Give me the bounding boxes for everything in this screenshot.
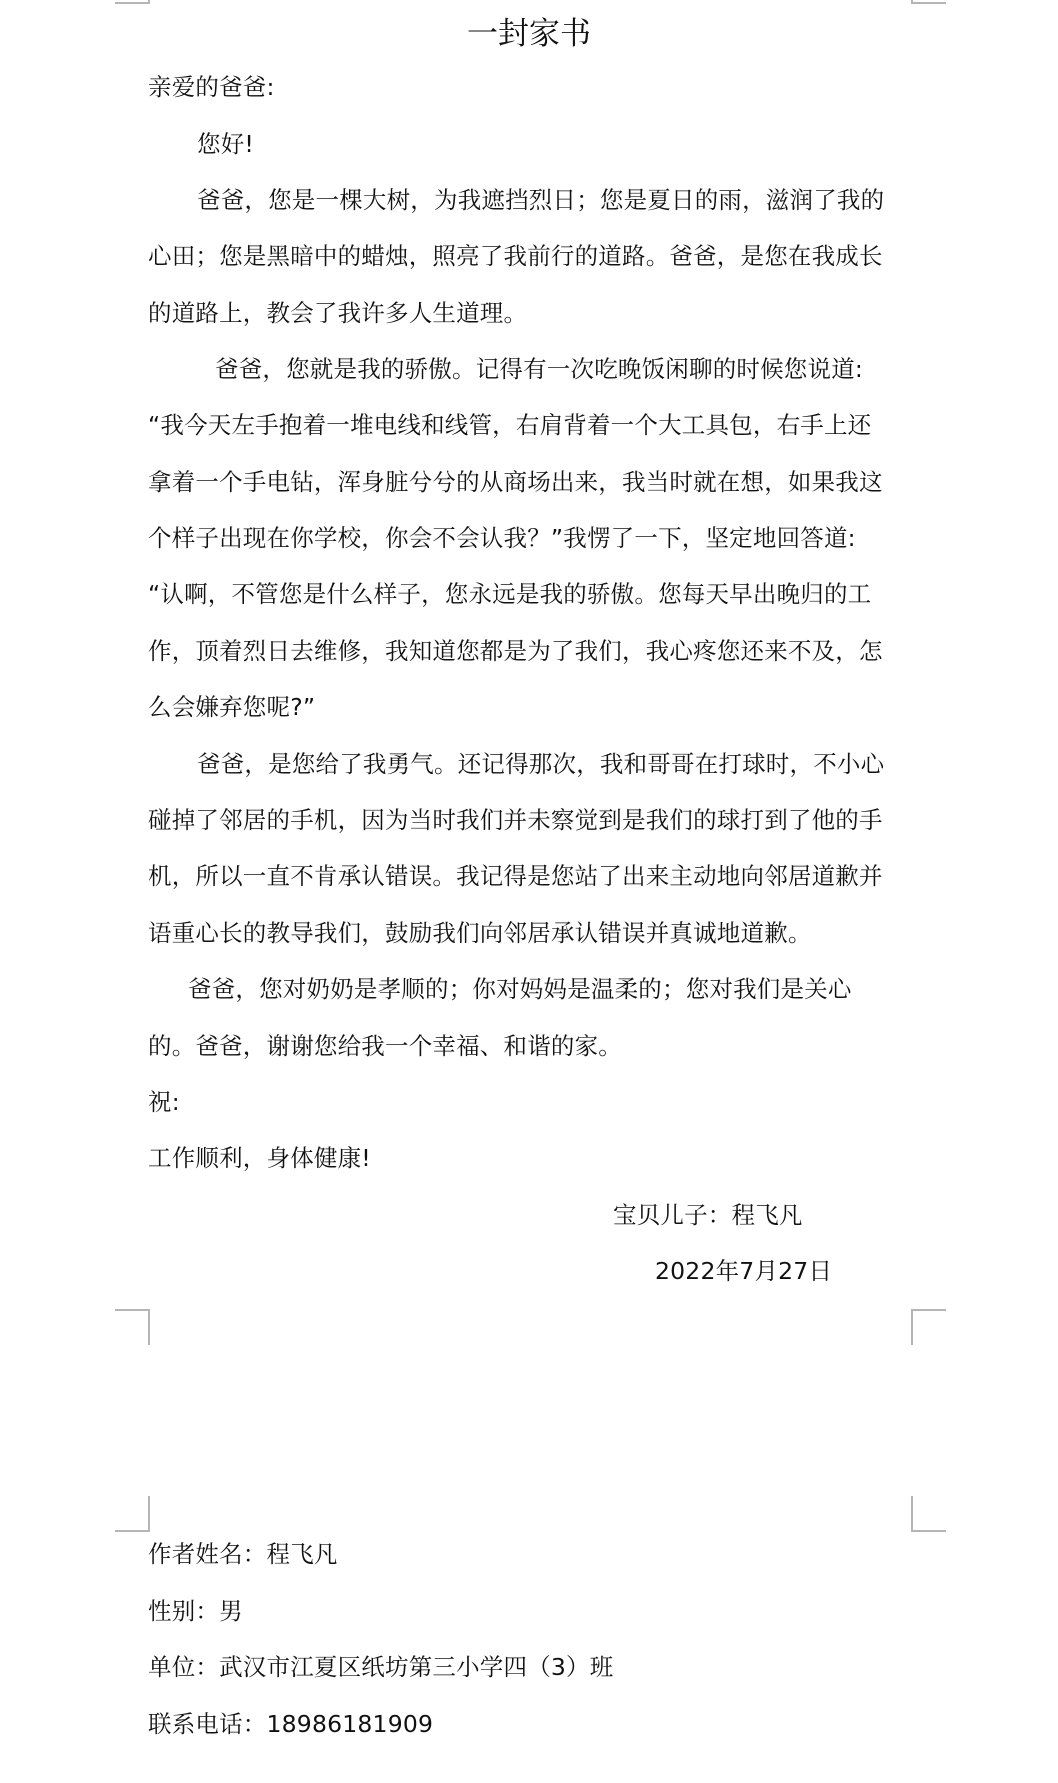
body-line: 的道路上，教会了我许多人生道理。 <box>148 298 918 328</box>
body-line: 爸爸，您对奶奶是孝顺的；你对妈妈是温柔的；您对我们是关心 <box>188 974 958 1004</box>
letter-date: 2022年7月27日 <box>655 1256 832 1286</box>
page-corner-mark-bottom-left <box>115 1309 150 1345</box>
page-corner-mark-top-left <box>115 0 150 4</box>
author-unit: 单位：武汉市江夏区纸坊第三小学四（3）班 <box>148 1652 918 1682</box>
greeting: 您好! <box>197 129 967 159</box>
signature: 宝贝儿子：程飞凡 <box>613 1200 803 1230</box>
body-line: 机，所以一直不肯承认错误。我记得是您站了出来主动地向邻居道歉并 <box>148 861 918 891</box>
page-corner-mark-bottom-right <box>911 1309 946 1345</box>
body-line: “我今天左手抱着一堆电线和线管，右肩背着一个大工具包，右手上还 <box>148 410 918 440</box>
closing: 祝: <box>148 1087 918 1117</box>
page2-corner-mark-top-left <box>115 1496 150 1532</box>
author-phone: 联系电话：18986181909 <box>148 1709 918 1739</box>
body-line: 爸爸，您就是我的骄傲。记得有一次吃晚饭闲聊的时候您说道: <box>215 354 985 384</box>
body-line: 爸爸，是您给了我勇气。还记得那次，我和哥哥在打球时，不小心 <box>197 749 967 779</box>
closing-wish: 工作顺利，身体健康! <box>148 1143 918 1173</box>
body-line: 么会嫌弃您呢?” <box>148 692 918 722</box>
letter-title: 一封家书 <box>0 14 1058 54</box>
body-line: 个样子出现在你学校，你会不会认我？”我愣了一下，坚定地回答道: <box>148 523 918 553</box>
body-line: 爸爸，您是一棵大树，为我遮挡烈日；您是夏日的雨，滋润了我的 <box>197 185 967 215</box>
body-line: 碰掉了邻居的手机，因为当时我们并未察觉到是我们的球打到了他的手 <box>148 805 918 835</box>
author-name: 作者姓名：程飞凡 <box>148 1539 918 1569</box>
author-gender: 性别：男 <box>148 1596 918 1626</box>
body-line: 语重心长的教导我们，鼓励我们向邻居承认错误并真诚地道歉。 <box>148 918 918 948</box>
body-line: 拿着一个手电钻，浑身脏兮兮的从商场出来，我当时就在想，如果我这 <box>148 467 918 497</box>
body-line: 心田；您是黑暗中的蜡烛，照亮了我前行的道路。爸爸，是您在我成长 <box>148 241 918 271</box>
salutation: 亲爱的爸爸: <box>148 72 918 102</box>
body-line: 作，顶着烈日去维修，我知道您都是为了我们，我心疼您还来不及，怎 <box>148 636 918 666</box>
body-line: “认啊，不管您是什么样子，您永远是我的骄傲。您每天早出晚归的工 <box>148 579 918 609</box>
page2-corner-mark-top-right <box>911 1496 946 1532</box>
body-line: 的。爸爸，谢谢您给我一个幸福、和谐的家。 <box>148 1031 918 1061</box>
page-corner-mark-top-right <box>911 0 946 4</box>
